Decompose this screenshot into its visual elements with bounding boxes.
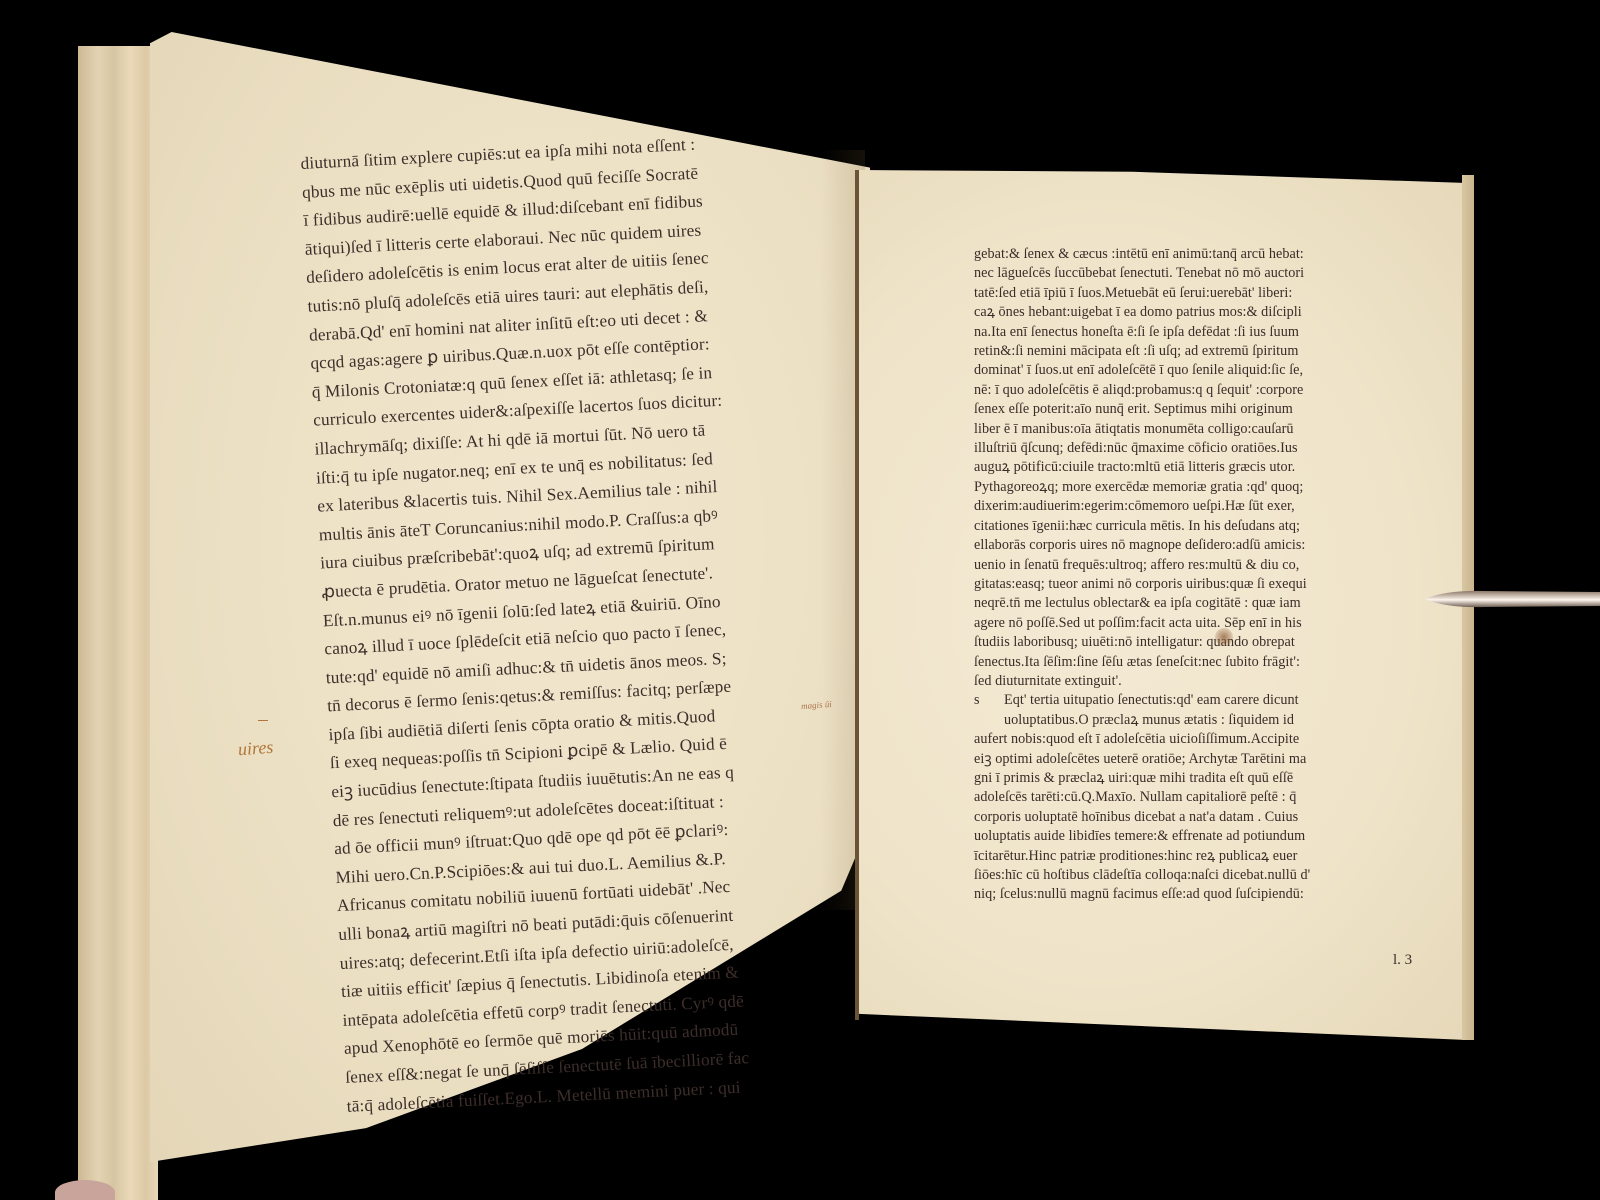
text-line: retin&:ſi nemini mācipata eſt :ſi uſq; a… [974, 342, 1394, 361]
section-start-line: sEqt' tertia uitupatio ſenectutis:qd' ea… [974, 691, 1394, 710]
text-line: illuſtriū q̄ſcunq; defēdi:nūc q̄maxime c… [974, 439, 1394, 458]
text-line: nē: ī quo adoleſcētis ē aliqd:probamus:q… [974, 381, 1394, 400]
book-gutter [855, 170, 859, 1020]
foxing-stain [1215, 628, 1233, 646]
text-line: adoleſcēs tarēti:cū.Q.Maxīo. Nullam capi… [974, 788, 1394, 807]
margin-mark [258, 720, 268, 721]
guide-letter: s [974, 691, 1004, 710]
text-line: liber ē ī manibus:oīa ātiqtatis monumēta… [974, 420, 1394, 439]
text-line: caꝝ ōnes hebant:uigebat ī ea domo patriu… [974, 303, 1394, 322]
text-line: ellaborās corporis uires nō magnope deſi… [974, 536, 1394, 555]
text-line: uenio in ſenatū frequēs:ultroq; affero r… [974, 556, 1394, 575]
text-line: nec lāgueſcēs ſuccūbebat ſenectuti. Tene… [974, 264, 1394, 283]
text-line: ſiōes:hīc cū hoſtibus clādeſtīa colloqa:… [974, 866, 1394, 885]
text-line: Pythagoreoꝝq; more exercēdæ memoriæ grat… [974, 478, 1394, 497]
text-line: gebat:& ſenex & cæcus :intētū enī animū:… [974, 245, 1394, 264]
text-line: ſenectus.Ita ſēſim:ſine ſēſu ætas ſeneſc… [974, 653, 1394, 672]
hand-finger [55, 1180, 115, 1200]
text-line: īcitarētur.Hinc patriæ proditiones:hinc … [974, 847, 1394, 866]
text-line: niq; ſcelus:nullū magnū facimus eſſe:ad … [974, 885, 1394, 904]
marginal-annotation-right: magis ūi [801, 699, 832, 711]
text-line: dominat' ī ſuos.ut enī adoleſcētē ī quo … [974, 361, 1394, 380]
text-line: gni ī primis & præclaꝝ uiri:quæ mihi tra… [974, 769, 1394, 788]
text-line: ſtudiis laboribusq; uiuēti:nō intelligat… [974, 633, 1394, 652]
text-line: gitatas:easq; tueor animi nō corporis ui… [974, 575, 1394, 594]
text-block-fore-edge [78, 46, 158, 1200]
text-line: agere nō poſſē.Sed ut poſſim:facit acta … [974, 614, 1394, 633]
text-line: tatē:ſed etiā īpiū ī ſuos.Metuebāt eū ſe… [974, 284, 1394, 303]
text-line: auguꝝ pōtificū:ciuile tracto:mltū etiā l… [974, 458, 1394, 477]
left-page-text: diuturnā ſitim explere cupiēs:ut ea ipſa… [300, 126, 847, 1121]
text-line: aufert nobis:quod eſt ī adoleſcētia uici… [974, 730, 1394, 749]
metal-pointer-icon [1425, 588, 1600, 610]
text-line: uoluptatis auide libidīes temere:& effre… [974, 827, 1394, 846]
text-line: corporis uoluptatē hoīnibus dicebat a na… [974, 808, 1394, 827]
text-line: citationes īgenii:hæc curricula mētis. I… [974, 517, 1394, 536]
signature-mark: l. 3 [1393, 952, 1412, 969]
section-second-line: uoluptatibus.O præclaꝝ munus ætatis : ſi… [974, 711, 1394, 730]
text-line: neqrē.tn̄ me lectulus oblectar& ea ipſa … [974, 594, 1394, 613]
text-line: dixerim:audiuerim:egerim:cōmemoro ueſpi.… [974, 497, 1394, 516]
marginal-annotation-left: uires [237, 737, 274, 760]
section-first-line: Eqt' tertia uitupatio ſenectutis:qd' eam… [1004, 692, 1299, 708]
text-line: na.Ita enī ſenectus honeſta ē:ſi ſe ipſa… [974, 323, 1394, 342]
text-line: eiꝫ optimi adoleſcētes ueterē oratiōe; A… [974, 750, 1394, 769]
right-page-text: gebat:& ſenex & cæcus :intētū enī animū:… [974, 245, 1394, 905]
book-photograph: diuturnā ſitim explere cupiēs:ut ea ipſa… [0, 0, 1600, 1200]
text-line: ſenex eſſe poterit:aīo nunq̄ erit. Septi… [974, 400, 1394, 419]
text-line: ſed diuturnitate extinguit'. [974, 672, 1394, 691]
